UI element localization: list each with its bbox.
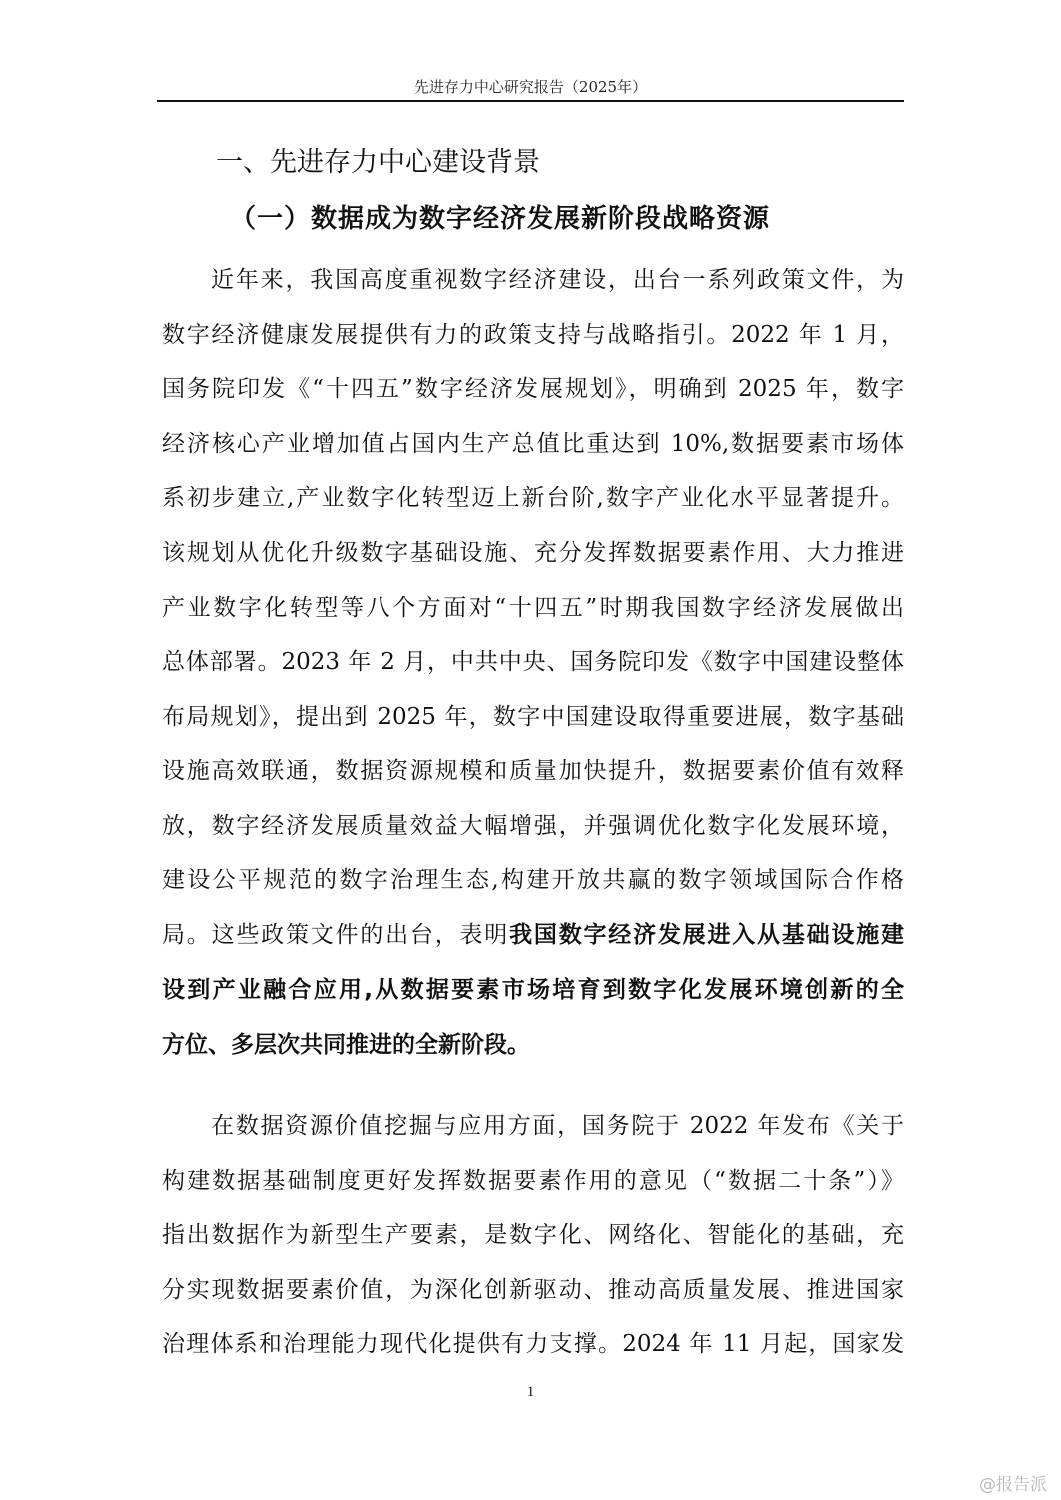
watermark: @报告派 (979, 1470, 1047, 1495)
text-line: 国务院印发《“十四五”数字经济发展规划》，明确到 2025 年，数字 (162, 374, 904, 404)
text-line: 指出数据作为新型生产要素，是数字化、网络化、智能化的基础，充 (162, 1220, 904, 1250)
text-line-emphasis: 设到产业融合应用,从数据要素市场培育到数字化发展环境创新的全 (162, 975, 904, 1005)
header-divider (157, 100, 904, 102)
text-line: 系初步建立,产业数字化转型迈上新台阶,数字产业化水平显著提升。 (162, 483, 904, 513)
text-line: 构建数据基础制度更好发挥数据要素作用的意见（“数据二十条”）》 (162, 1166, 904, 1196)
text-line-emphasis: 方位、多层次共同推进的全新阶段。 (162, 1030, 904, 1060)
text-normal: 局。这些政策文件的出台，表明 (162, 922, 509, 948)
text-line: 建设公平规范的数字治理生态,构建开放共赢的数字领域国际合作格 (162, 865, 904, 895)
text-line: 放，数字经济发展质量效益大幅增强，并强调优化数字化发展环境， (162, 811, 904, 841)
text-line: 设施高效联通，数据资源规模和质量加快提升，数据要素价值有效释 (162, 756, 904, 786)
page-number: 1 (0, 1384, 1061, 1401)
text-line: 总体部署。2023 年 2 月，中共中央、国务院印发《数字中国建设整体 (162, 647, 904, 677)
subsection-heading: （一）数据成为数字经济发展新阶段战略资源 (230, 198, 770, 235)
text-line-mixed: 局。这些政策文件的出台，表明我国数字经济发展进入从基础设施建 (162, 920, 904, 950)
text-line: 分实现数据要素价值，为深化创新驱动、推动高质量发展、推进国家 (162, 1275, 904, 1305)
text-line: 数字经济健康发展提供有力的政策支持与战略指引。2022 年 1 月， (162, 320, 904, 350)
text-line: 该规划从优化升级数字基础设施、充分发挥数据要素作用、大力推进 (162, 538, 904, 568)
text-line: 治理体系和治理能力现代化提供有力支撑。2024 年 11 月起，国家发 (162, 1329, 904, 1359)
text-emphasis: 我国数字经济发展进入从基础设施建 (509, 922, 904, 948)
section-heading: 一、先进存力中心建设背景 (216, 140, 540, 179)
text-line: 经济核心产业增加值占国内生产总值比重达到 10%,数据要素市场体 (162, 429, 904, 459)
text-line: 近年来，我国高度重视数字经济建设，出台一系列政策文件，为 (211, 265, 904, 295)
running-header: 先进存力中心研究报告（2025年） (158, 76, 903, 97)
text-line: 在数据资源价值挖掘与应用方面，国务院于 2022 年发布《关于 (211, 1111, 904, 1141)
text-line: 布局规划》，提出到 2025 年，数字中国建设取得重要进展，数字基础 (162, 702, 904, 732)
text-line: 产业数字化转型等八个方面对“十四五”时期我国数字经济发展做出 (162, 593, 904, 623)
